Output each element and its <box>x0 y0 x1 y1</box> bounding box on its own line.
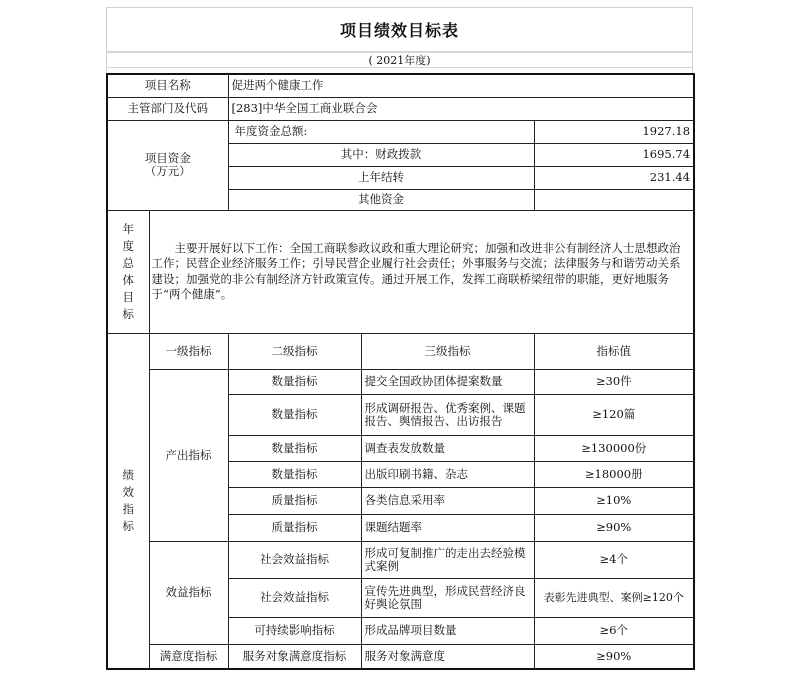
indicator-header-row: 绩 效 指 标 一级指标 二级指标 三级指标 指标值 <box>107 333 694 369</box>
goal-text: 主要开展好以下工作：全国工商联参政议政和重大理论研究；加强和改进非公有制经济人士… <box>149 210 694 333</box>
level3-cell: 形成品牌项目数量 <box>361 617 534 644</box>
funding-label-line2: （万元） <box>111 165 225 178</box>
goal-label-char: 标 <box>111 306 146 323</box>
goal-label-char: 目 <box>111 289 146 306</box>
funding-total-label: 年度资金总额: <box>228 120 534 143</box>
goal-label-char: 总 <box>111 255 146 272</box>
level2-cell: 社会效益指标 <box>228 578 361 617</box>
goal-label: 年 度 总 体 目 标 <box>107 210 149 333</box>
goal-label-char: 体 <box>111 272 146 289</box>
department-row: 主管部门及代码 [283]中华全国工商业联合会 <box>107 97 694 120</box>
funding-row: 项目资金 （万元） 年度资金总额: 1927.18 <box>107 120 694 143</box>
indicators-section-label: 绩 效 指 标 <box>107 333 149 669</box>
value-cell: ≥10% <box>534 487 694 514</box>
header-level3: 三级指标 <box>361 333 534 369</box>
level3-cell: 提交全国政协团体提案数量 <box>361 369 534 394</box>
funding-fiscal-value: 1695.74 <box>534 143 694 166</box>
level1-output: 产出指标 <box>149 369 228 541</box>
department-label: 主管部门及代码 <box>107 97 228 120</box>
value-cell: ≥4个 <box>534 541 694 578</box>
level2-cell: 质量指标 <box>228 514 361 541</box>
section-label-char: 标 <box>111 518 146 535</box>
value-cell: 表彰先进典型、案例≥120个 <box>534 578 694 617</box>
level2-cell: 数量指标 <box>228 369 361 394</box>
value-cell: ≥90% <box>534 644 694 669</box>
funding-label: 项目资金 （万元） <box>107 120 228 210</box>
performance-table: 项目名称 促进两个健康工作 主管部门及代码 [283]中华全国工商业联合会 项目… <box>106 73 695 670</box>
level3-cell: 宣传先进典型，形成民营经济良好舆论氛围 <box>361 578 534 617</box>
value-cell: ≥30件 <box>534 369 694 394</box>
table-row: 满意度指标 服务对象满意度指标 服务对象满意度 ≥90% <box>107 644 694 669</box>
level3-cell: 各类信息采用率 <box>361 487 534 514</box>
level1-satisfaction: 满意度指标 <box>149 644 228 669</box>
project-name-value: 促进两个健康工作 <box>228 74 694 97</box>
level2-cell: 数量指标 <box>228 461 361 487</box>
table-row: 产出指标 数量指标 提交全国政协团体提案数量 ≥30件 <box>107 369 694 394</box>
level2-cell: 社会效益指标 <box>228 541 361 578</box>
funding-other-value <box>534 189 694 210</box>
level3-cell: 出版印刷书籍、杂志 <box>361 461 534 487</box>
header-value: 指标值 <box>534 333 694 369</box>
funding-fiscal-label: 其中：财政拨款 <box>228 143 534 166</box>
level3-cell: 形成可复制推广的走出去经验模式案例 <box>361 541 534 578</box>
section-label-char: 指 <box>111 501 146 518</box>
project-name-row: 项目名称 促进两个健康工作 <box>107 74 694 97</box>
level2-cell: 数量指标 <box>228 435 361 461</box>
goal-label-char: 度 <box>111 238 146 255</box>
table-row: 效益指标 社会效益指标 形成可复制推广的走出去经验模式案例 ≥4个 <box>107 541 694 578</box>
funding-total-value: 1927.18 <box>534 120 694 143</box>
value-cell: ≥18000册 <box>534 461 694 487</box>
level1-effect: 效益指标 <box>149 541 228 644</box>
level3-cell: 课题结题率 <box>361 514 534 541</box>
level2-cell: 服务对象满意度指标 <box>228 644 361 669</box>
funding-carryover-label: 上年结转 <box>228 166 534 189</box>
level3-cell: 服务对象满意度 <box>361 644 534 669</box>
section-label-char: 效 <box>111 484 146 501</box>
funding-other-label: 其他资金 <box>228 189 534 210</box>
department-value: [283]中华全国工商业联合会 <box>228 97 694 120</box>
level2-cell: 数量指标 <box>228 394 361 435</box>
page-title: 项目绩效目标表 <box>106 7 693 53</box>
level2-cell: 质量指标 <box>228 487 361 514</box>
value-cell: ≥120篇 <box>534 394 694 435</box>
value-cell: ≥90% <box>534 514 694 541</box>
sheet-header: 项目绩效目标表 ( 2021年度) <box>106 7 693 75</box>
goal-label-char: 年 <box>111 221 146 238</box>
level3-cell: 调查表发放数量 <box>361 435 534 461</box>
funding-carryover-value: 231.44 <box>534 166 694 189</box>
level3-cell: 形成调研报告、优秀案例、课题报告、舆情报告、出访报告 <box>361 394 534 435</box>
header-level1: 一级指标 <box>149 333 228 369</box>
section-label-char: 绩 <box>111 467 146 484</box>
value-cell: ≥130000份 <box>534 435 694 461</box>
goal-row: 年 度 总 体 目 标 主要开展好以下工作：全国工商联参政议政和重大理论研究；加… <box>107 210 694 333</box>
level2-cell: 可持续影响指标 <box>228 617 361 644</box>
value-cell: ≥6个 <box>534 617 694 644</box>
header-level2: 二级指标 <box>228 333 361 369</box>
year-subtitle: ( 2021年度) <box>106 53 693 68</box>
project-name-label: 项目名称 <box>107 74 228 97</box>
